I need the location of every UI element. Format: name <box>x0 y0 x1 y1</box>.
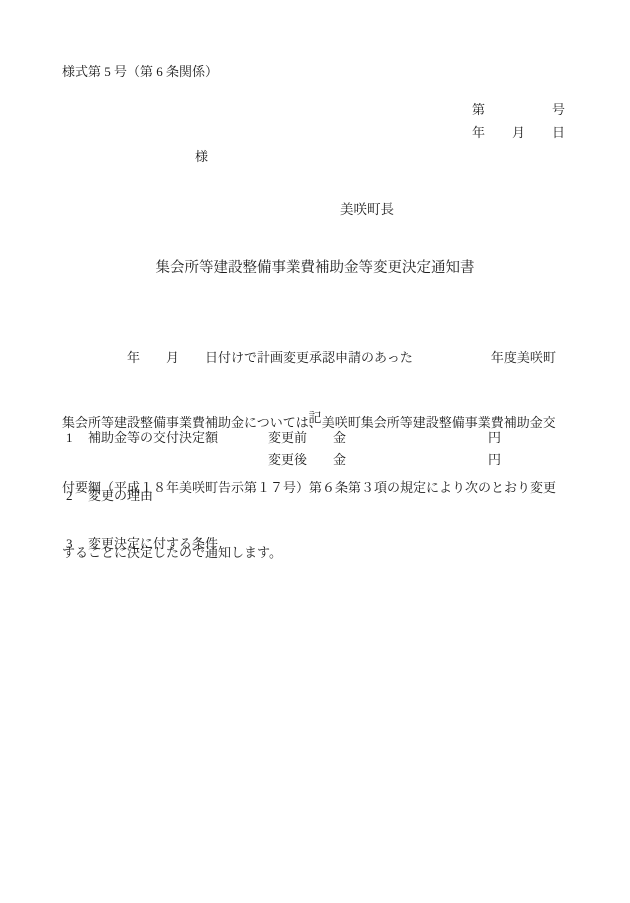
item1-number: 1 <box>66 430 73 446</box>
amount-state-after: 変更後 <box>268 452 307 468</box>
currency-unit-before: 円 <box>488 430 501 446</box>
item1-row-before: 1 補助金等の交付決定額 変更前 金 円 <box>0 430 630 450</box>
amount-state-before: 変更前 <box>268 430 307 446</box>
date-day-label: 日 <box>552 125 565 141</box>
currency-unit-after: 円 <box>488 452 501 468</box>
currency-prefix-after: 金 <box>333 452 346 468</box>
date-year-label: 年 <box>472 125 485 141</box>
item1-label: 補助金等の交付決定額 <box>88 430 218 446</box>
form-number: 様式第 5 号（第 6 条関係） <box>62 64 218 80</box>
item3-number: 3 <box>66 536 73 552</box>
item1-row-after: 変更後 金 円 <box>0 452 630 472</box>
section-marker: 記 <box>0 410 630 426</box>
body-line-1: 年 月 日付けで計画変更承認申請のあった 年度美咲町 <box>62 347 584 369</box>
item3-row: 3 変更決定に付する条件 <box>0 536 630 556</box>
date-month-label: 月 <box>512 125 525 141</box>
recipient-honorific: 様 <box>195 149 208 165</box>
currency-prefix-before: 金 <box>333 430 346 446</box>
item3-label: 変更決定に付する条件 <box>88 536 218 552</box>
item2-row: 2 変更の理由 <box>0 488 630 508</box>
doc-number-suffix: 号 <box>552 102 565 118</box>
item2-number: 2 <box>66 488 73 504</box>
document-title: 集会所等建設整備事業費補助金等変更決定通知書 <box>0 259 630 277</box>
doc-number-line: 第 号 <box>472 102 565 118</box>
document-page: 様式第 5 号（第 6 条関係） 第 号 年 月 日 様 美咲町長 集会所等建設… <box>0 0 630 903</box>
doc-number-prefix: 第 <box>472 102 485 118</box>
sender-title: 美咲町長 <box>340 202 394 219</box>
date-line: 年 月 日 <box>472 125 565 141</box>
item2-label: 変更の理由 <box>88 488 153 504</box>
